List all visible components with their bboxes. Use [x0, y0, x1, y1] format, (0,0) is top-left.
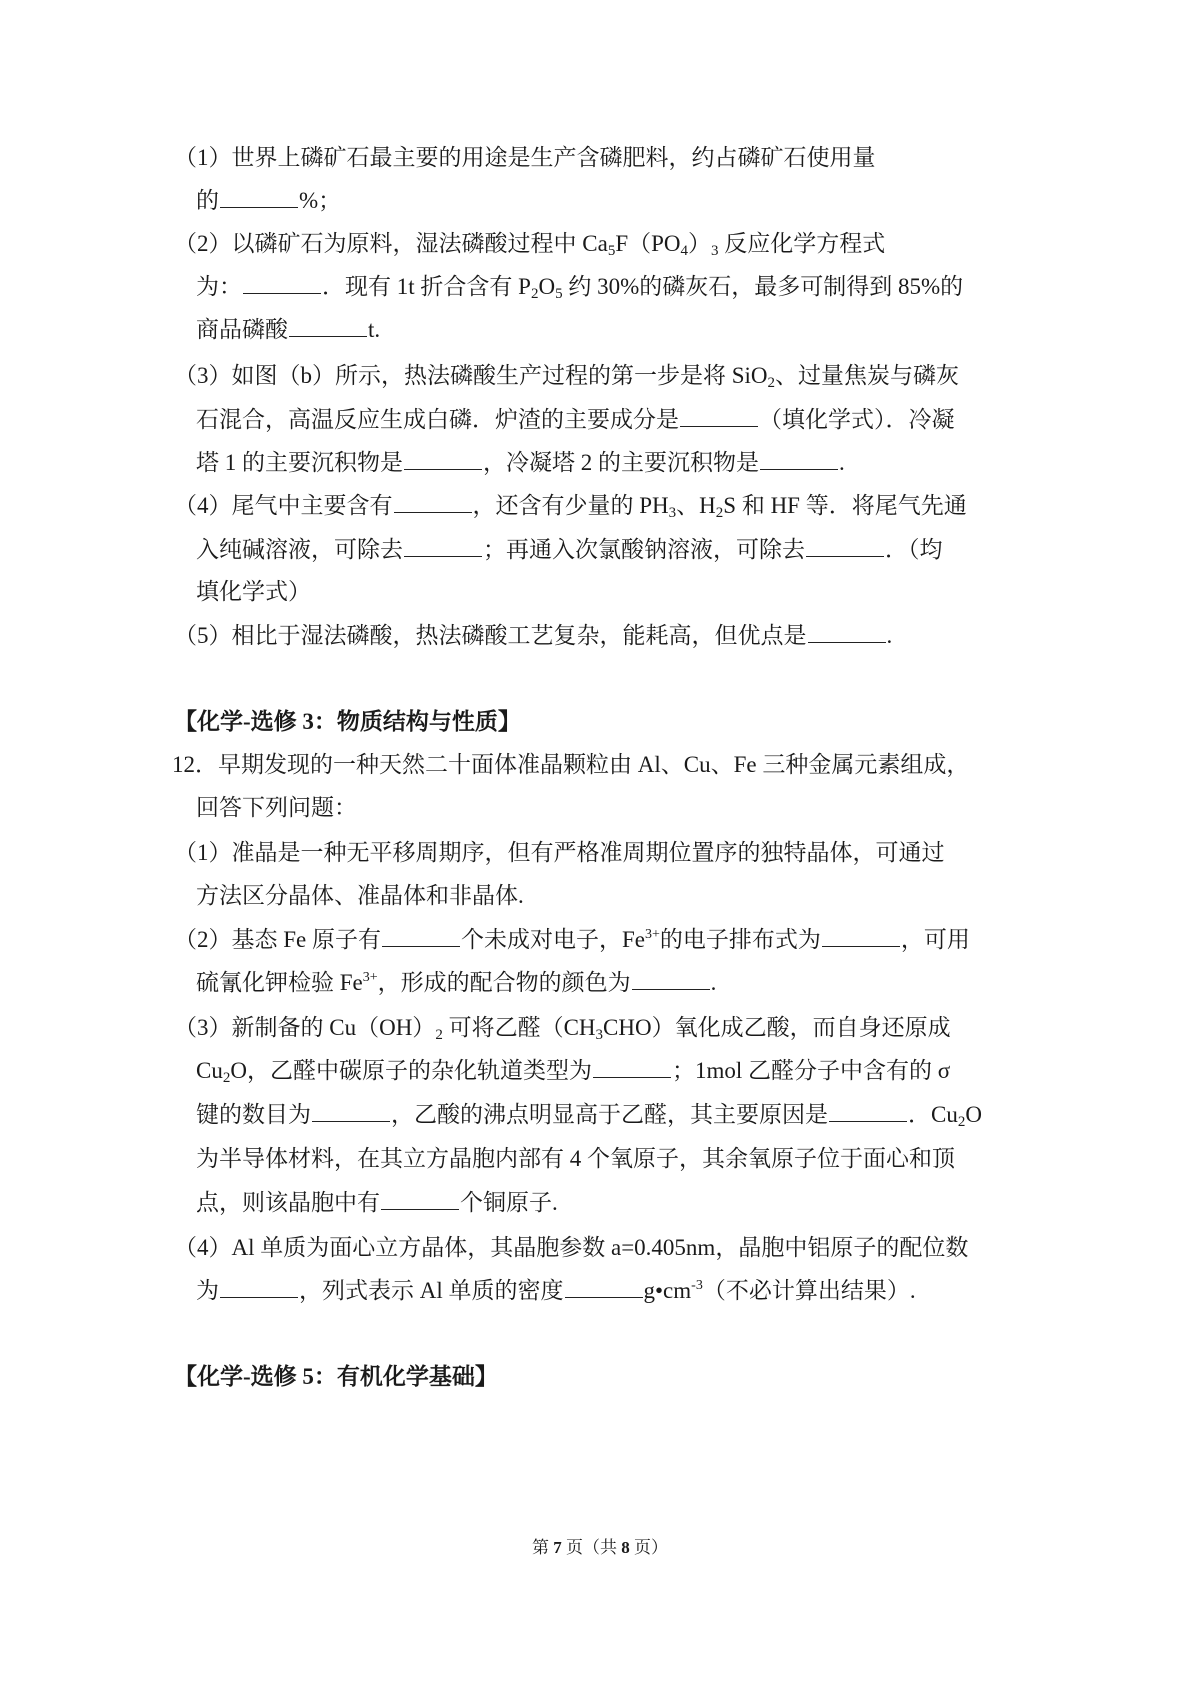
section-heading-elective-5: 【化学-选修 5：有机化学基础】 — [174, 1362, 498, 1392]
text: 可将乙醛（CH — [443, 1015, 596, 1040]
answer-blank — [404, 449, 482, 470]
answer-blank — [404, 536, 482, 557]
s3-q1-line1: （1）准晶是一种无平移周期序，但有严格准周期位置序的独特晶体，可通过 — [174, 838, 945, 868]
answer-blank — [220, 187, 298, 208]
answer-blank — [243, 273, 321, 294]
text: S 和 HF 等．将尾气先通 — [723, 493, 966, 518]
text: （5）相比于湿法磷酸，热法磷酸工艺复杂，能耗高，但优点是 — [174, 623, 807, 648]
q2-line1: （2）以磷矿石为原料，湿法磷酸过程中 Ca5F（PO4）3 反应化学方程式 — [174, 229, 885, 259]
text: （1）准晶是一种无平移周期序，但有严格准周期位置序的独特晶体，可通过 — [174, 840, 945, 865]
text: Cu — [196, 1058, 223, 1083]
text: 、过量焦炭与磷灰 — [775, 363, 959, 388]
text: . — [711, 970, 717, 995]
text: （3）如图（b）所示，热法磷酸生产过程的第一步是将 SiO — [174, 363, 768, 388]
q3-line2: 石混合，高温反应生成白磷．炉渣的主要成分是（填化学式）．冷凝 — [196, 405, 955, 435]
text: （1）世界上磷矿石最主要的用途是生产含磷肥料，约占磷矿石使用量 — [174, 145, 876, 170]
text: 反应化学方程式 — [719, 231, 886, 256]
text: ．Cu — [908, 1102, 958, 1127]
text: （填化学式）．冷凝 — [759, 407, 955, 432]
text: 页） — [630, 1538, 668, 1557]
answer-blank — [822, 926, 900, 947]
text: O — [538, 274, 555, 299]
answer-blank — [760, 449, 838, 470]
q4-line2: 入纯碱溶液，可除去；再通入次氯酸钠溶液，可除去．（均 — [196, 535, 943, 565]
s3-q3-line4: 为半导体材料，在其立方晶胞内部有 4 个氧原子，其余氧原子位于面心和顶 — [196, 1144, 955, 1174]
text: 为： — [196, 274, 242, 299]
answer-blank — [593, 1057, 671, 1078]
text: 塔 1 的主要沉积物是 — [196, 450, 403, 475]
answer-blank — [382, 926, 460, 947]
text: （4）尾气中主要含有 — [174, 493, 393, 518]
superscript: 3+ — [645, 927, 660, 942]
text: F（PO — [615, 231, 680, 256]
text: . — [887, 623, 893, 648]
s3-q3-line2: Cu2O，乙醛中碳原子的杂化轨道类型为；1mol 乙醛分子中含有的 σ — [196, 1056, 950, 1086]
text: ，形成的配合物的颜色为 — [378, 970, 631, 995]
text: ．现有 1t 折合含有 P — [322, 274, 531, 299]
q1-line1: （1）世界上磷矿石最主要的用途是生产含磷肥料，约占磷矿石使用量 — [174, 143, 876, 173]
s3-q1-line2: 方法区分晶体、准晶体和非晶体. — [196, 881, 524, 911]
q12-line1: 12．早期发现的一种天然二十面体准晶颗粒由 Al、Cu、Fe 三种金属元素组成， — [172, 750, 969, 780]
text: ，列式表示 Al 单质的密度 — [299, 1278, 564, 1303]
superscript: 3+ — [363, 970, 378, 985]
page-number: 7 — [553, 1538, 562, 1557]
answer-blank — [806, 536, 884, 557]
text: 方法区分晶体、准晶体和非晶体. — [196, 883, 524, 908]
answer-blank — [632, 969, 710, 990]
text: ，还含有少量的 PH — [473, 493, 669, 518]
text: ，冷凝塔 2 的主要沉积物是 — [483, 450, 759, 475]
s3-q3-line5: 点，则该晶胞中有个铜原子. — [196, 1188, 558, 1218]
text: 12．早期发现的一种天然二十面体准晶颗粒由 Al、Cu、Fe 三种金属元素组成， — [172, 752, 969, 777]
text: （4）Al 单质为面心立方晶体，其晶胞参数 a=0.405nm，晶胞中铝原子的配… — [174, 1235, 968, 1260]
text: 点，则该晶胞中有 — [196, 1190, 380, 1215]
superscript: -3 — [691, 1278, 703, 1293]
subscript: 2 — [435, 1027, 443, 1043]
answer-blank — [565, 1277, 643, 1298]
q4-line3: 填化学式） — [196, 577, 311, 607]
text: %； — [299, 188, 341, 213]
s3-q4-line1: （4）Al 单质为面心立方晶体，其晶胞参数 a=0.405nm，晶胞中铝原子的配… — [174, 1233, 968, 1263]
q5-line1: （5）相比于湿法磷酸，热法磷酸工艺复杂，能耗高，但优点是. — [174, 621, 892, 651]
s3-q3-line3: 键的数目为，乙酸的沸点明显高于乙醛，其主要原因是．Cu2O — [196, 1100, 982, 1130]
text: （2）基态 Fe 原子有 — [174, 927, 381, 952]
text: ．（均 — [885, 537, 943, 562]
text: 个铜原子. — [460, 1190, 558, 1215]
q2-line2: 为：．现有 1t 折合含有 P2O5 约 30%的磷灰石，最多可制得到 85%的 — [196, 272, 963, 302]
text: 键的数目为 — [196, 1102, 311, 1127]
q3-line1: （3）如图（b）所示，热法磷酸生产过程的第一步是将 SiO2、过量焦炭与磷灰 — [174, 361, 959, 391]
text: . — [839, 450, 845, 475]
text: 石混合，高温反应生成白磷．炉渣的主要成分是 — [196, 407, 679, 432]
text: O — [965, 1102, 982, 1127]
text: ） — [688, 231, 711, 256]
q12-line2: 回答下列问题： — [196, 793, 357, 823]
s3-q4-line2: 为，列式表示 Al 单质的密度g•cm-3（不必计算出结果）. — [196, 1276, 916, 1306]
answer-blank — [312, 1101, 390, 1122]
text: （不必计算出结果）. — [703, 1278, 916, 1303]
text: O，乙醛中碳原子的杂化轨道类型为 — [230, 1058, 592, 1083]
q1-line2: 的%； — [196, 186, 341, 216]
text: 、H — [676, 493, 716, 518]
text: （2）以磷矿石为原料，湿法磷酸过程中 Ca — [174, 231, 608, 256]
text: 为 — [196, 1278, 219, 1303]
subscript: 3 — [596, 1027, 604, 1043]
text: t. — [368, 317, 380, 342]
section-heading-elective-3: 【化学-选修 3：物质结构与性质】 — [174, 707, 521, 737]
page-total: 8 — [621, 1538, 630, 1557]
text: 入纯碱溶液，可除去 — [196, 537, 403, 562]
s3-q2-line1: （2）基态 Fe 原子有个未成对电子，Fe3+的电子排布式为，可用 — [174, 925, 970, 955]
answer-blank — [381, 1189, 459, 1210]
text: 回答下列问题： — [196, 795, 357, 820]
text: ；再通入次氯酸钠溶液，可除去 — [483, 537, 805, 562]
subscript: 2 — [768, 375, 776, 391]
text: g•cm — [644, 1278, 692, 1303]
text: （3）新制备的 Cu（OH） — [174, 1015, 435, 1040]
text: ，乙酸的沸点明显高于乙醛，其主要原因是 — [391, 1102, 828, 1127]
text: 第 — [532, 1538, 553, 1557]
q3-line3: 塔 1 的主要沉积物是，冷凝塔 2 的主要沉积物是. — [196, 448, 845, 478]
q4-line1: （4）尾气中主要含有，还含有少量的 PH3、H2S 和 HF 等．将尾气先通 — [174, 491, 967, 521]
answer-blank — [680, 406, 758, 427]
answer-blank — [220, 1277, 298, 1298]
answer-blank — [289, 316, 367, 337]
text: 的电子排布式为 — [660, 927, 821, 952]
q2-line3: 商品磷酸t. — [196, 315, 380, 345]
text: 商品磷酸 — [196, 317, 288, 342]
subscript: 3 — [711, 243, 719, 259]
page-footer: 第 7 页（共 8 页） — [0, 1533, 1200, 1558]
subscript: 5 — [555, 286, 563, 302]
text: 硫氰化钾检验 Fe — [196, 970, 363, 995]
text: 填化学式） — [196, 579, 311, 604]
text: CHO）氧化成乙酸，而自身还原成 — [603, 1015, 951, 1040]
answer-blank — [829, 1101, 907, 1122]
subscript: 4 — [681, 243, 689, 259]
answer-blank — [808, 622, 886, 643]
s3-q2-line2: 硫氰化钾检验 Fe3+，形成的配合物的颜色为. — [196, 968, 716, 998]
answer-blank — [394, 492, 472, 513]
text: 页（共 — [562, 1538, 622, 1557]
text: ；1mol 乙醛分子中含有的 σ — [672, 1058, 950, 1083]
text: ，可用 — [901, 927, 970, 952]
text: 个未成对电子，Fe — [461, 927, 645, 952]
text: 的 — [196, 188, 219, 213]
text: 为半导体材料，在其立方晶胞内部有 4 个氧原子，其余氧原子位于面心和顶 — [196, 1146, 955, 1171]
s3-q3-line1: （3）新制备的 Cu（OH）2 可将乙醛（CH3CHO）氧化成乙酸，而自身还原成 — [174, 1013, 951, 1043]
text: 约 30%的磷灰石，最多可制得到 85%的 — [563, 274, 964, 299]
